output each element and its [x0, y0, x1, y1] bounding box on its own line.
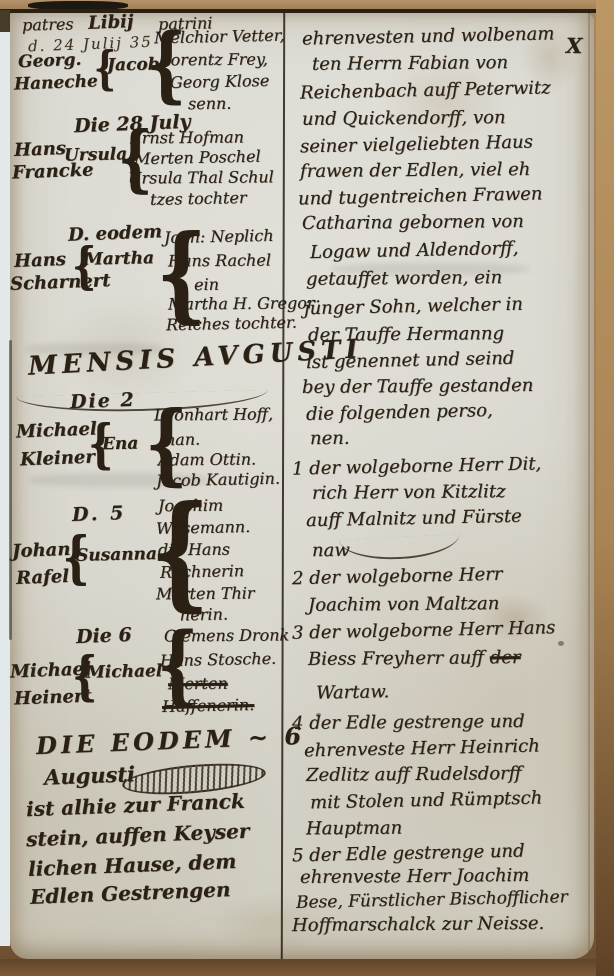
manuscript-photo: X patres Libij patrini d. 24 Julij 35 Ge…: [0, 0, 614, 976]
page-edge-shadow: [9, 340, 12, 640]
text-line: Biess Freyherr auff der: [308, 649, 521, 669]
text-line: Hoffmarschalck zur Neisse.: [292, 915, 544, 935]
manuscript-page: X patres Libij patrini d. 24 Julij 35 Ge…: [10, 13, 594, 959]
text-line: nen.: [310, 430, 350, 448]
text-line: jünger Sohn, welcher in: [304, 296, 523, 319]
text-line: Reichenbach auff Peterwitz: [300, 79, 551, 102]
text-line: ten Herrn Fabian von: [312, 54, 508, 74]
binding-bottom-edge: [0, 959, 614, 976]
text-line: frawen der Edlen, viel eh: [300, 161, 530, 181]
text-line: und tugentreichen Frawen: [298, 185, 543, 208]
binding-right-edge: [596, 0, 614, 976]
text-line: Bese, Fürstlicher Bischofflicher: [296, 889, 568, 912]
text-line: Wartaw.: [316, 683, 390, 703]
godparent-item-4: 4 der Edle gestrenge und: [292, 713, 525, 733]
text-line: rich Herr von Kitzlitz: [312, 483, 506, 503]
text-line: Logaw und Aldendorff,: [310, 240, 519, 262]
text-line: getauffet worden, ein: [306, 269, 502, 289]
text-line: ist genennet und seind: [306, 350, 515, 372]
text-line: die folgenden perso,: [306, 402, 493, 424]
text-line: auff Malnitz und Fürste: [306, 508, 522, 531]
godparent-item-2: 2 der wolgeborne Herr: [292, 566, 503, 588]
text-line: seiner vielgeliebten Haus: [300, 134, 533, 157]
right-column: ehrenvesten und wolbenam ten Herrn Fabia…: [10, 13, 594, 959]
godparent-item-5: 5 der Edle gestrenge und: [292, 843, 525, 866]
godparent-item-3: 3 der wolgeborne Herr Hans: [292, 619, 556, 643]
text-line: Catharina gebornen von: [302, 213, 524, 233]
text-line: Joachim von Maltzan: [308, 595, 499, 615]
godparent-item-1: 1 der wolgeborne Herr Dit,: [292, 455, 542, 478]
struck-word: der: [490, 647, 521, 668]
text-line: ehrenvesten und wolbenam: [302, 25, 555, 48]
text-line: bey der Tauffe gestanden: [302, 377, 534, 397]
text-line: ehrenveste Herr Joachim: [300, 867, 529, 887]
page-edge-left-top: [0, 10, 10, 32]
text-line: und Quickendorff, von: [302, 109, 506, 129]
text-line: der Tauffe Hermanng: [308, 325, 504, 345]
text-line: ehrenveste Herr Heinrich: [304, 738, 540, 761]
flourish-line: [340, 534, 461, 562]
text-line: Zedlitz auff Rudelsdorff: [306, 765, 522, 785]
text-line: mit Stolen und Rümptsch: [310, 790, 543, 813]
text-line: Hauptman: [306, 820, 402, 839]
text-segment: Biess Freyherr auff: [308, 647, 484, 670]
